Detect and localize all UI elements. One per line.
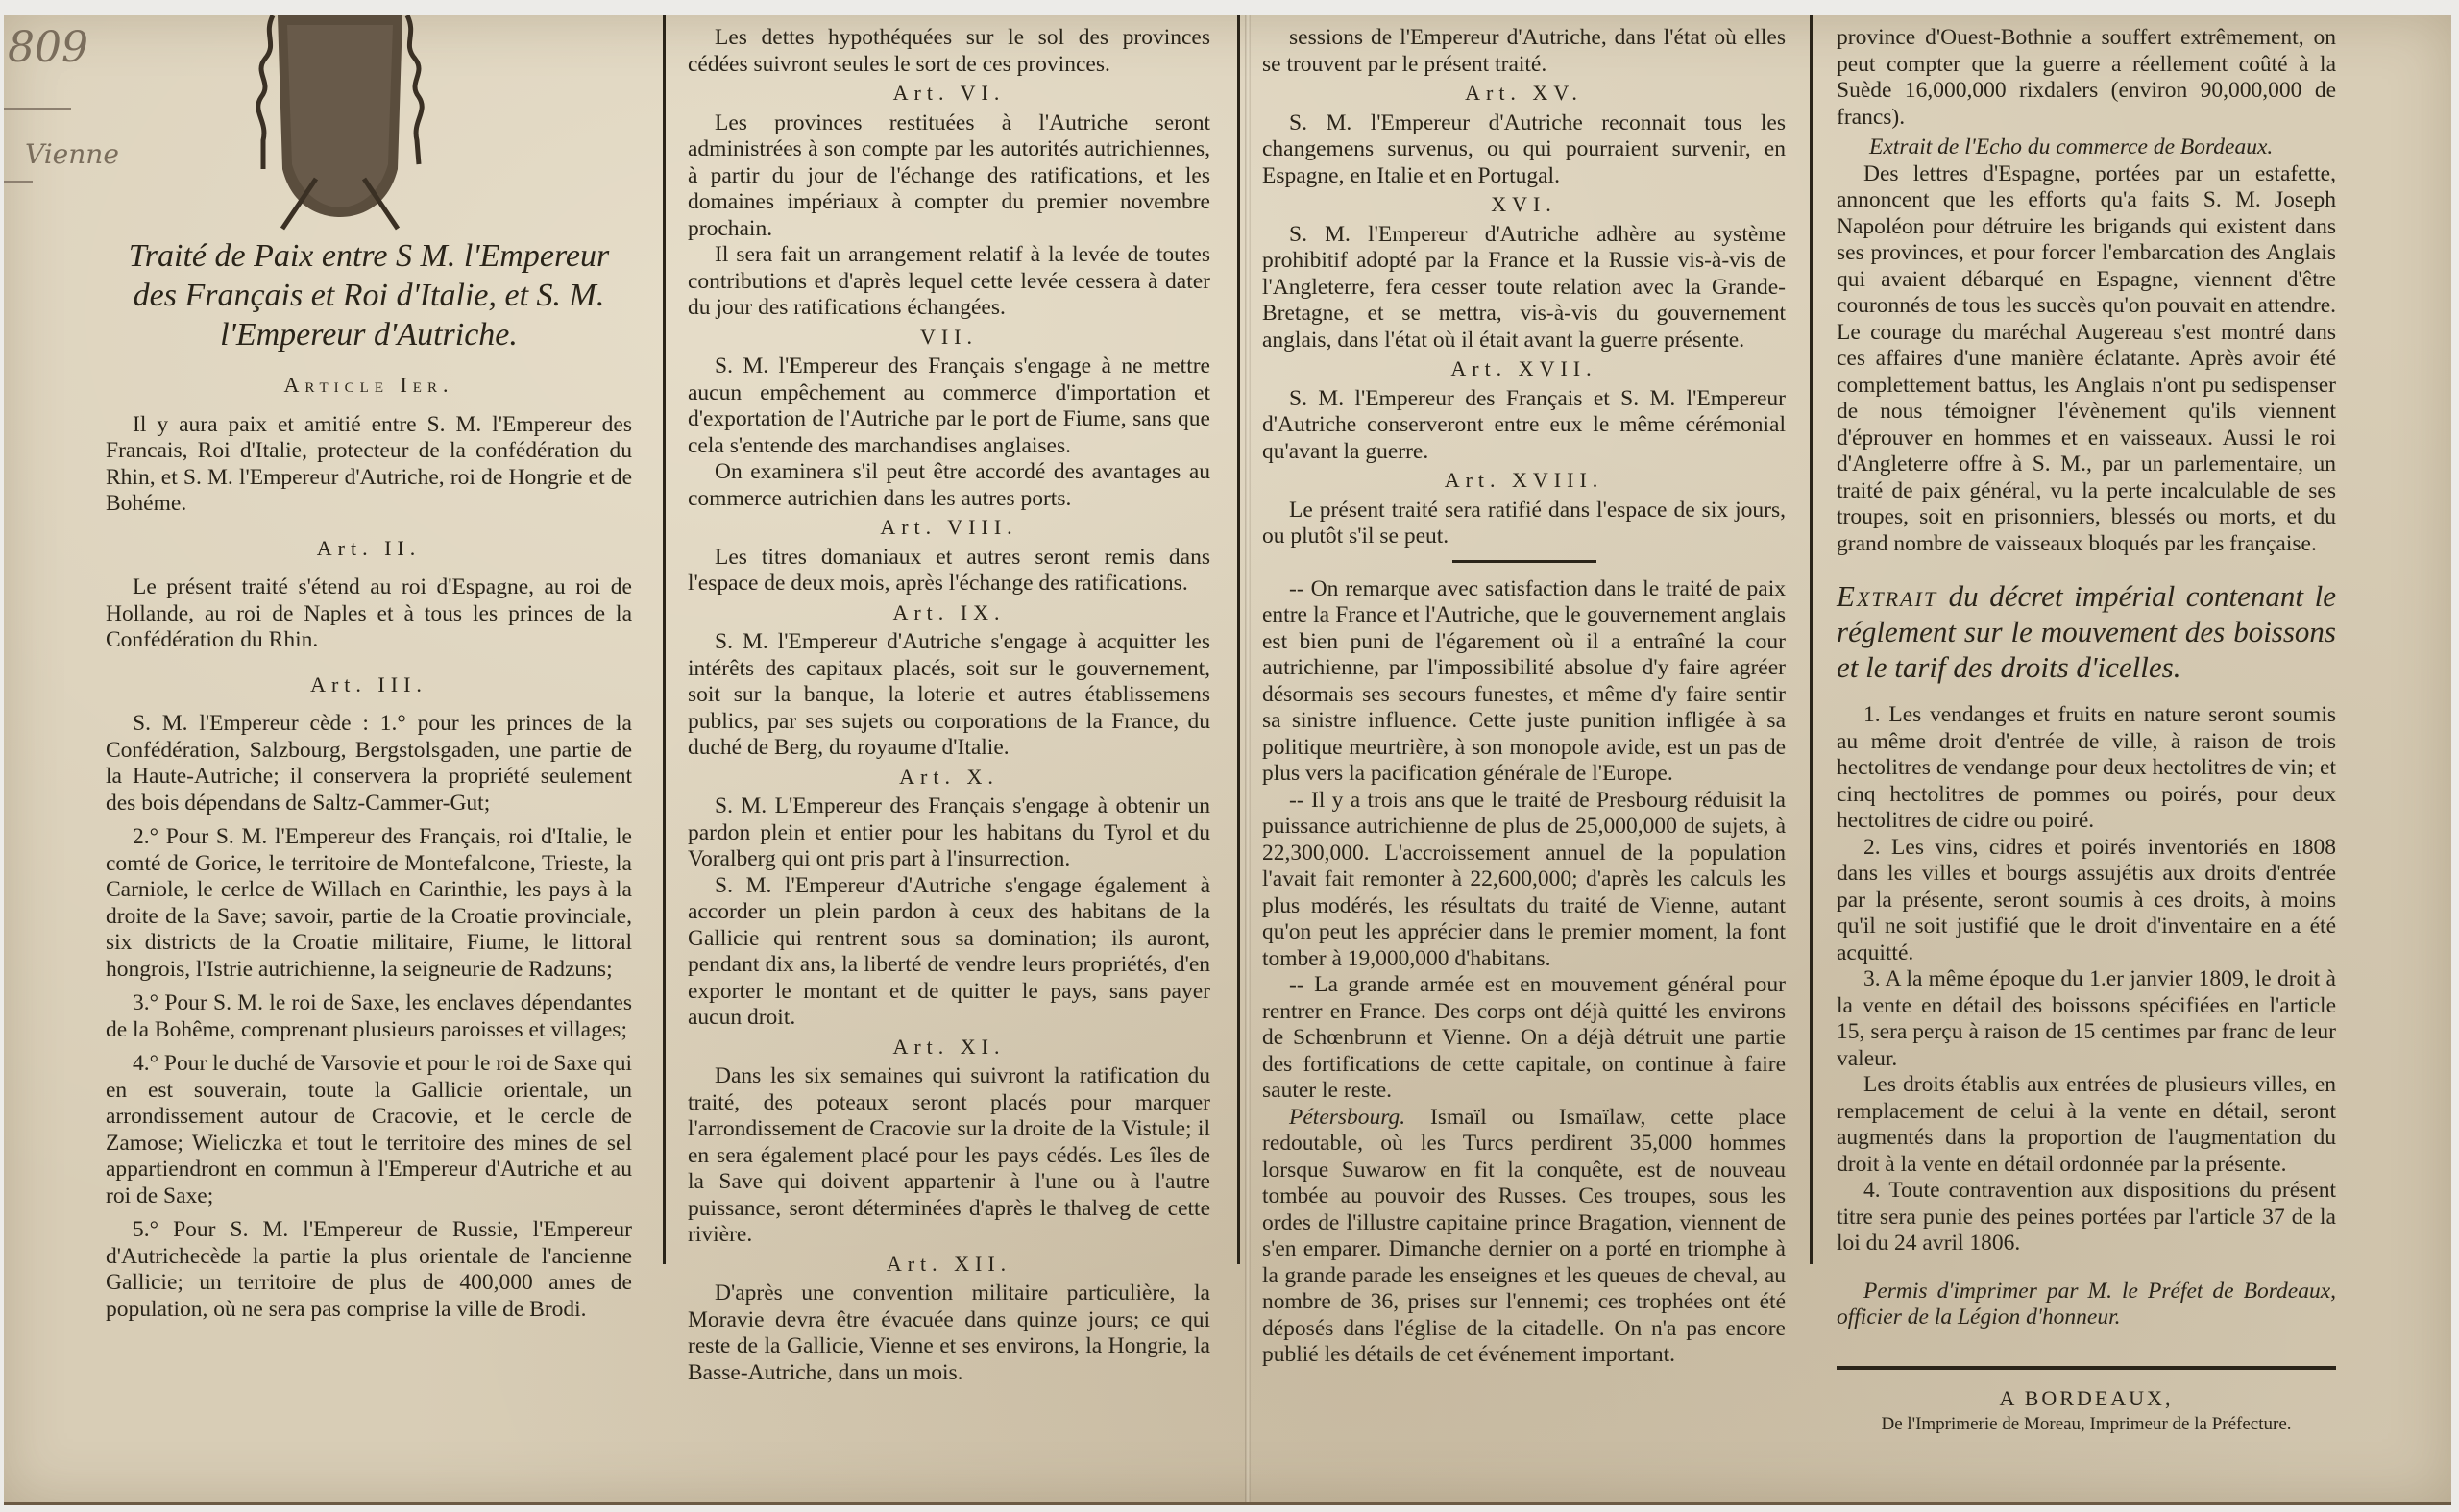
article-text: Le présent traité s'étend au roi d'Espag… [106, 574, 632, 654]
column-treaty-articles-6-12: Les dettes hypothéquées sur le sol des p… [688, 25, 1210, 1386]
article-text: 4.° Pour le duché de Varsovie et pour le… [106, 1051, 632, 1209]
article-heading: Art. III. [106, 671, 632, 698]
news-text: Ismaïl ou Ismaïlaw, cette place redoutab… [1262, 1105, 1786, 1368]
article-text: S. M. l'Empereur des Français et S. M. l… [1262, 386, 1786, 466]
article-text: Le présent traité sera ratifié dans l'es… [1262, 498, 1786, 550]
article-heading: Art. XVIII. [1262, 467, 1786, 494]
decree-item: 1. Les vendanges et fruits en nature ser… [1837, 702, 2336, 835]
article-heading: Art. VIII. [688, 514, 1210, 541]
article-text: Il sera fait un arrangement relatif à la… [688, 242, 1210, 322]
handwritten-number: 809 [8, 23, 88, 72]
column-extracts: province d'Ouest-Bothnie a souffert extr… [1837, 25, 2336, 1438]
imprint-city: A BORDEAUX, [1837, 1385, 2336, 1412]
paper-fold [1245, 15, 1251, 1502]
article-heading: Art. IX. [688, 599, 1210, 626]
article-heading: Art. VI. [688, 80, 1210, 107]
news-petersbourg: Pétersbourg. Ismaïl ou Ismaïlaw, cette p… [1262, 1105, 1786, 1369]
document-sheet: 809 Vienne Traité de Paix entre S M. l'E… [4, 15, 2451, 1505]
treaty-title: Traité de Paix entre S M. l'Empereur des… [106, 236, 632, 354]
article-text: 2.° Pour S. M. l'Empereur des Français, … [106, 824, 632, 983]
article-text: S. M. L'Empereur des Français s'engage à… [688, 793, 1210, 873]
article-text: sessions de l'Empereur d'Autriche, dans … [1262, 25, 1786, 78]
handwritten-underline [4, 108, 71, 110]
article-heading: Art. II. [106, 535, 632, 562]
decree-title: Extrait du décret impérial contenant le … [1837, 578, 2336, 685]
decree-item: 3. A la même époque du 1.er janvier 1809… [1837, 966, 2336, 1072]
printing-permit: Permis d'imprimer par M. le Préfet de Bo… [1837, 1279, 2336, 1331]
article-text: S. M. l'Empereur d'Autriche s'engage à a… [688, 629, 1210, 762]
column-divider [663, 15, 666, 1264]
decree-item: 2. Les vins, cidres et poirés inventorié… [1837, 835, 2336, 967]
article-text: S. M. l'Empereur cède : 1.° pour les pri… [106, 711, 632, 817]
article-text: Il y aura paix et amitié entre S. M. l'E… [106, 412, 632, 518]
news-paragraph: province d'Ouest-Bothnie a souffert extr… [1837, 25, 2336, 131]
handwritten-underline [4, 181, 33, 183]
imprint-printer: De l'Imprimerie de Moreau, Imprimeur de … [1837, 1411, 2336, 1438]
column-divider [1237, 15, 1240, 1264]
article-text: 3.° Pour S. M. le roi de Saxe, les encla… [106, 990, 632, 1043]
decree-item: 4. Toute contravention aux dispositions … [1837, 1178, 2336, 1257]
article-heading: Art. XV. [1262, 80, 1786, 107]
news-paragraph: -- Il y a trois ans que le traité de Pre… [1262, 788, 1786, 973]
article-text: Les dettes hypothéquées sur le sol des p… [688, 25, 1210, 78]
column-divider [1810, 15, 1813, 1264]
imperial-crest-icon [244, 15, 436, 232]
article-heading: Art. XII. [688, 1251, 1210, 1278]
article-text: S. M. l'Empereur d'Autriche adhère au sy… [1262, 222, 1786, 354]
decree-item: Les droits établis aux entrées de plusie… [1837, 1072, 2336, 1178]
article-text: On examinera s'il peut être accordé des … [688, 459, 1210, 512]
article-heading: XVI. [1262, 191, 1786, 218]
article-text: Les provinces restituées à l'Autriche se… [688, 110, 1210, 243]
article-text: Les titres domaniaux et autres seront re… [688, 545, 1210, 597]
article-heading: Article Ier. [106, 372, 632, 399]
article-text: S. M. l'Empereur des Français s'engage à… [688, 354, 1210, 459]
section-divider [1452, 560, 1596, 563]
news-paragraph: -- On remarque avec satisfaction dans le… [1262, 576, 1786, 788]
column-treaty-opening: Traité de Paix entre S M. l'Empereur des… [106, 236, 632, 1323]
echo-text: Des lettres d'Espagne, portées par un es… [1837, 161, 2336, 558]
footer-divider [1837, 1366, 2336, 1370]
news-paragraph: -- La grande armée est en mouvement géné… [1262, 972, 1786, 1105]
dateline: Pétersbourg. [1289, 1105, 1405, 1130]
article-heading: Art. XI. [688, 1034, 1210, 1061]
echo-heading: Extrait de l'Echo du commerce de Bordeau… [1837, 134, 2336, 161]
article-heading: VII. [688, 324, 1210, 351]
article-heading: Art. X. [688, 764, 1210, 791]
article-text: S. M. l'Empereur d'Autriche reconnait to… [1262, 110, 1786, 190]
article-text: D'après une convention militaire particu… [688, 1280, 1210, 1386]
article-text: Dans les six semaines qui suivront la ra… [688, 1063, 1210, 1249]
column-treaty-articles-15-18-news: sessions de l'Empereur d'Autriche, dans … [1262, 25, 1786, 1369]
article-heading: Art. XVII. [1262, 355, 1786, 382]
handwritten-place: Vienne [25, 138, 119, 170]
decree-title-lead: Extrait [1837, 579, 1937, 613]
article-text: 5.° Pour S. M. l'Empereur de Russie, l'E… [106, 1217, 632, 1323]
article-text: S. M. l'Empereur d'Autriche s'engage éga… [688, 873, 1210, 1032]
